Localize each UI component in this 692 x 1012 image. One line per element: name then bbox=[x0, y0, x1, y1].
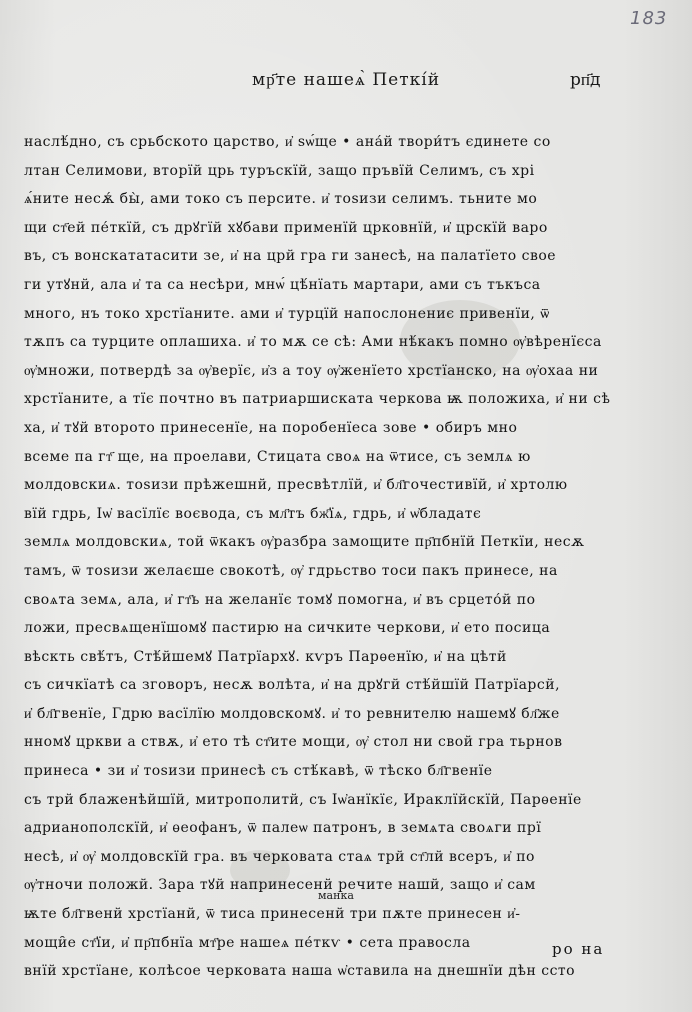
text-line: всеме па гт҃ ще, на проелави, Стицата св… bbox=[24, 443, 634, 472]
folio-number: 183 bbox=[630, 8, 692, 29]
text-line: лтан Селимови, вторїй црь туръскїй, защо… bbox=[24, 157, 634, 186]
manuscript-page: 183 мр҃те нашеѧ̀ Петкі́й рп҃д наслѣ́дно,… bbox=[0, 0, 692, 1012]
text-line: внїй хрстїане, колѣсое черковата наша ѡ҆… bbox=[24, 957, 634, 986]
interlinear-note: манка bbox=[318, 889, 354, 902]
catchword: ро на bbox=[552, 940, 604, 958]
manuscript-text: наслѣ́дно, съ срьбското царство, и҆ ѕѡ́щ… bbox=[24, 128, 634, 986]
text-line: вѣскть свѣ́тъ, Стѣ́йшемꙋ Патрїархꙋ. кѵръ… bbox=[24, 643, 634, 672]
text-line: ложи, пресвѧщенїшомꙋ пастирю на сичките … bbox=[24, 614, 634, 643]
text-line: ѧ́ните несѫ́ бы̀, ами токо съ персите. и… bbox=[24, 185, 634, 214]
text-line: ха, и҆ тꙋй второто принесенїе, на поробе… bbox=[24, 414, 634, 443]
text-line: своѧта земѧ, ала, и҆ гт҃ь на желанїє том… bbox=[24, 586, 634, 615]
text-line: несѣ, и҆ ѹ҆ молдовскїй гра. въ черковата… bbox=[24, 843, 634, 872]
text-line: ѹ҆множи, потвердѣ за ѹ҆верїє, и҆з а тоу … bbox=[24, 357, 634, 386]
text-line: щи ст҃ей пе́ткїй, съ дрꙋгїй хꙋбави приме… bbox=[24, 214, 634, 243]
text-line: землѧ молдовскиѧ, той ѿкакъ ѹ҆разбра зам… bbox=[24, 528, 634, 557]
cyrillic-page-number: рп҃д bbox=[570, 70, 600, 90]
text-line: въ, съ вонскататасити зе, и҆ на црй гра … bbox=[24, 242, 634, 271]
text-line: принеса • зи и҆ тоѕизи принесѣ съ стѣ́ка… bbox=[24, 757, 634, 786]
text-line: нномꙋ цркви а ствѫ, и҆ ето тѣ ст҃ите мощ… bbox=[24, 728, 634, 757]
running-title: мр҃те нашеѧ̀ Петкі́й bbox=[252, 70, 440, 90]
text-line: съ трй блаженѣйшїй, митрополитй, съ Іѡ҆а… bbox=[24, 786, 634, 815]
text-line: ги утꙋнй, ала и҆ та са несѣри, мнѡ́ цѣ́н… bbox=[24, 271, 634, 300]
text-line: адрианополскїй, и҆ ѳеофанъ, ѿ палеѡ патр… bbox=[24, 814, 634, 843]
text-line: вїй гдрь, Іѡ҆ васїлїє воєвода, съ мл҃тъ … bbox=[24, 500, 634, 529]
text-line: ѭте бл҃гвенй хрстїанй, ѿ тиса принесенй … bbox=[24, 900, 634, 929]
text-line: наслѣ́дно, съ срьбското царство, и҆ ѕѡ́щ… bbox=[24, 128, 634, 157]
text-line: мощи̑е ст҃їи, и҆ пр҃пбнїа мт҃ре нашеѧ пе… bbox=[24, 929, 634, 958]
text-line: и҆ бл҃гвенїе, Гдрю васїлїю молдовскомꙋ. … bbox=[24, 700, 634, 729]
text-line: молдовскиѧ. тоѕизи прѣжешнй, пресвѣтлїй,… bbox=[24, 471, 634, 500]
text-line: тамъ, ѿ тоѕизи желаєше свокотѣ, ѹ҆ гдрьс… bbox=[24, 557, 634, 586]
text-line: съ сичкїатѣ са зговоръ, несѫ волѣта, и҆ … bbox=[24, 671, 634, 700]
text-line: хрстїаните, а тїє почтно въ патриаршиска… bbox=[24, 385, 634, 414]
text-line: тѫпъ са турците оплашиха. и҆ то мѫ се сѣ… bbox=[24, 328, 634, 357]
text-line: много, нъ токо хрстїаните. ами и҆ турцїй… bbox=[24, 300, 634, 329]
